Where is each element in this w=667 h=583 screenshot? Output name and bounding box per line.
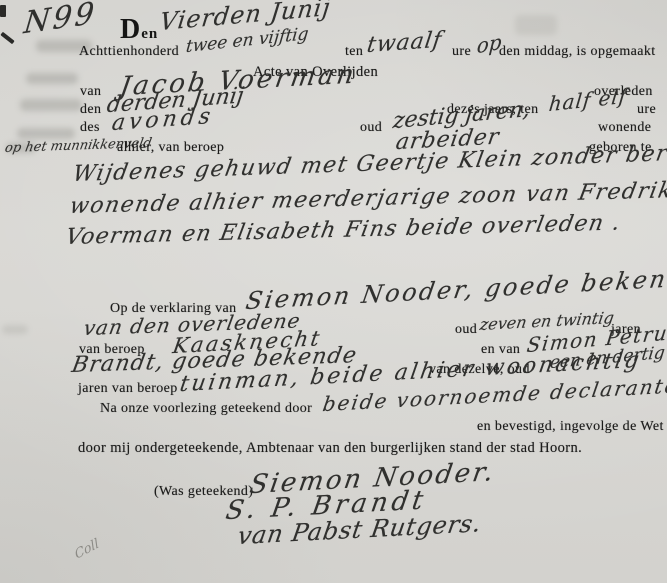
printed-jaren-van-beroep: jaren van beroep xyxy=(78,381,178,397)
printed-ten: ten xyxy=(345,44,363,60)
printed-van: van xyxy=(80,84,101,100)
printed-den2: den xyxy=(80,102,101,118)
bleed-through-mark xyxy=(17,128,75,139)
printed-den: Den xyxy=(120,14,158,46)
printed-ure: ure xyxy=(452,44,471,60)
printed-des: des xyxy=(80,120,100,136)
printed-alhier-beroep: alhier, van beroep xyxy=(117,140,224,156)
bleed-through-mark xyxy=(20,99,82,111)
bleed-through-mark xyxy=(2,325,28,334)
pencil-coll-mark: Coll xyxy=(73,536,101,563)
printed-wonende: wonende xyxy=(598,120,651,136)
bleed-through-mark xyxy=(515,15,557,35)
bleed-through-mark xyxy=(26,73,78,84)
hw-hour: twaalf xyxy=(365,28,443,59)
printed-middag: den middag, is opgemaakt xyxy=(499,44,656,60)
printed-achttienhonderd: Achttienhonderd xyxy=(79,44,179,60)
printed-ambtenaar: door mij ondergeteekende, Ambtenaar van … xyxy=(78,440,582,457)
printed-bevestigd: en bevestigd, ingevolge de Wet xyxy=(477,419,664,435)
printed-voorlezing: Na onze voorlezing geteekend door xyxy=(100,401,312,417)
scan-speck xyxy=(0,5,6,17)
printed-oud2: oud xyxy=(455,322,477,338)
printed-oud: oud xyxy=(360,120,382,136)
printed-ure2: ure xyxy=(637,102,656,118)
death-certificate-page: N99 Den Vierden Junij Achttienhonderd tw… xyxy=(0,0,667,583)
scan-speck xyxy=(0,32,14,44)
act-number: N99 xyxy=(22,0,98,41)
hw-witness1: Siemon Nooder, goede bekende xyxy=(244,263,667,315)
hw-death-hour: half elf xyxy=(548,84,629,117)
